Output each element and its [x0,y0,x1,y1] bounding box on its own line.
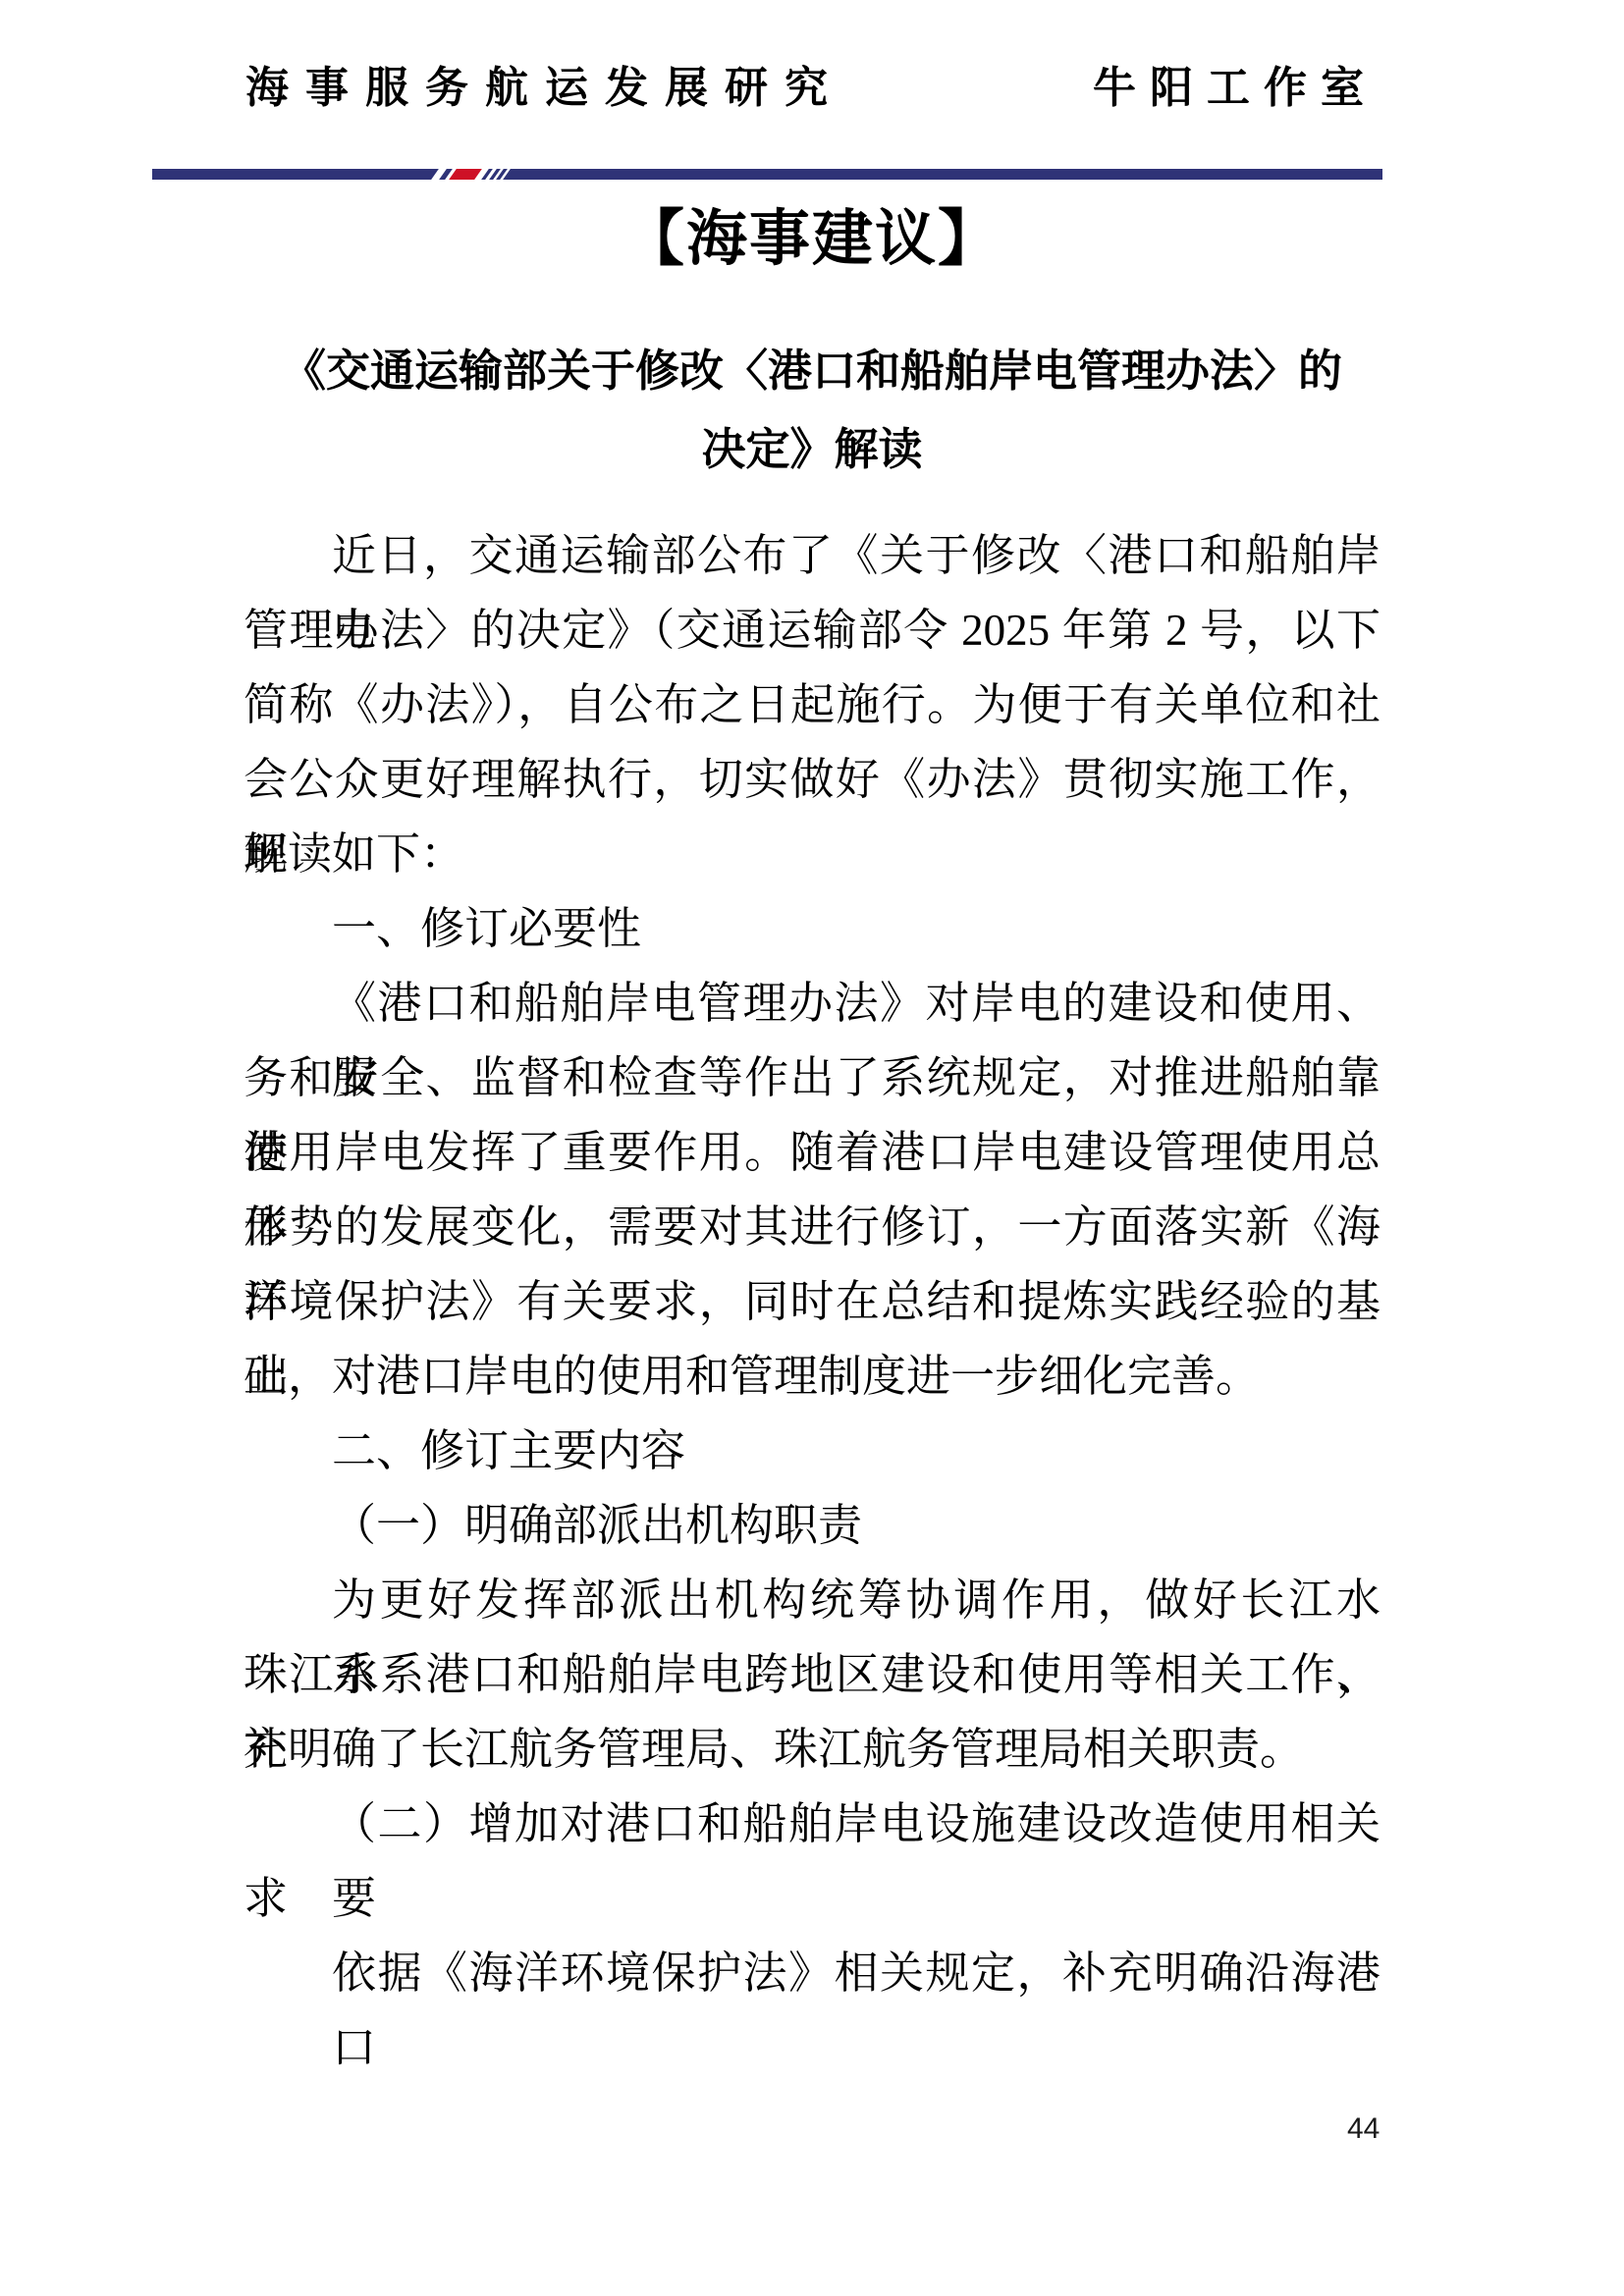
body-line: 求 [244,1861,1380,1936]
article-title: 《交通运输部关于修改〈港口和船舶岸电管理办法〉的 决定》解读 [244,332,1380,489]
body-line: （一）明确部派出机构职责 [244,1488,1380,1563]
section-title: 【海事建议】 [0,202,1624,277]
body-line: 一、修订必要性 [244,891,1380,966]
body-line: 二、修订主要内容 [244,1414,1380,1488]
header-divider-rule [152,169,1382,180]
body-line: 珠江水系港口和船舶岸电跨地区建设和使用等相关工作，补 [244,1637,1380,1712]
body-line: 《港口和船舶岸电管理办法》对岸电的建设和使用、服 [244,966,1380,1041]
body-line: 简称《办法》），自公布之日起施行。为便于有关单位和社 [244,667,1380,742]
body-line: 会公众更好理解执行，切实做好《办法》贯彻实施工作，现 [244,742,1380,817]
body-line: 为更好发挥部派出机构统筹协调作用，做好长江水系、 [244,1563,1380,1637]
body-line: （二）增加对港口和船舶岸电设施建设改造使用相关要 [244,1787,1380,1861]
body-line: 管理办法〉的决定》（交通运输部令 2025 年第 2 号，以下 [244,593,1380,667]
body-line: 上，对港口岸电的使用和管理制度进一步细化完善。 [244,1339,1380,1414]
body-line: 近日，交通运输部公布了《关于修改〈港口和船舶岸电 [244,518,1380,593]
body-line: 依据《海洋环境保护法》相关规定，补充明确沿海港口 [244,1936,1380,2010]
body-line: 环境保护法》有关要求，同时在总结和提炼实践经验的基础 [244,1264,1380,1339]
header-left-title: 海事服务航运发展研究 [245,61,844,116]
article-title-line1: 《交通运输部关于修改〈港口和船舶岸电管理办法〉的 [244,332,1380,410]
body-line: 务和安全、监督和检查等作出了系统规定，对推进船舶靠港 [244,1041,1380,1115]
page-number: 44 [1347,2112,1380,2146]
article-body: 近日，交通运输部公布了《关于修改〈港口和船舶岸电管理办法〉的决定》（交通运输部令… [244,518,1380,2010]
article-title-line2: 决定》解读 [244,410,1380,489]
body-line: 解读如下： [244,817,1380,891]
body-line: 充明确了长江航务管理局、珠江航务管理局相关职责。 [244,1712,1380,1787]
body-line: 形势的发展变化，需要对其进行修订，一方面落实新《海洋 [244,1190,1380,1264]
document-page: 海事服务航运发展研究 牛阳工作室 【海事建议】 《交通运输部关于修改〈港口和船舶… [0,0,1624,2296]
header-right-title: 牛阳工作室 [1093,61,1378,116]
body-line: 使用岸电发挥了重要作用。随着港口岸电建设管理使用总体 [244,1115,1380,1190]
